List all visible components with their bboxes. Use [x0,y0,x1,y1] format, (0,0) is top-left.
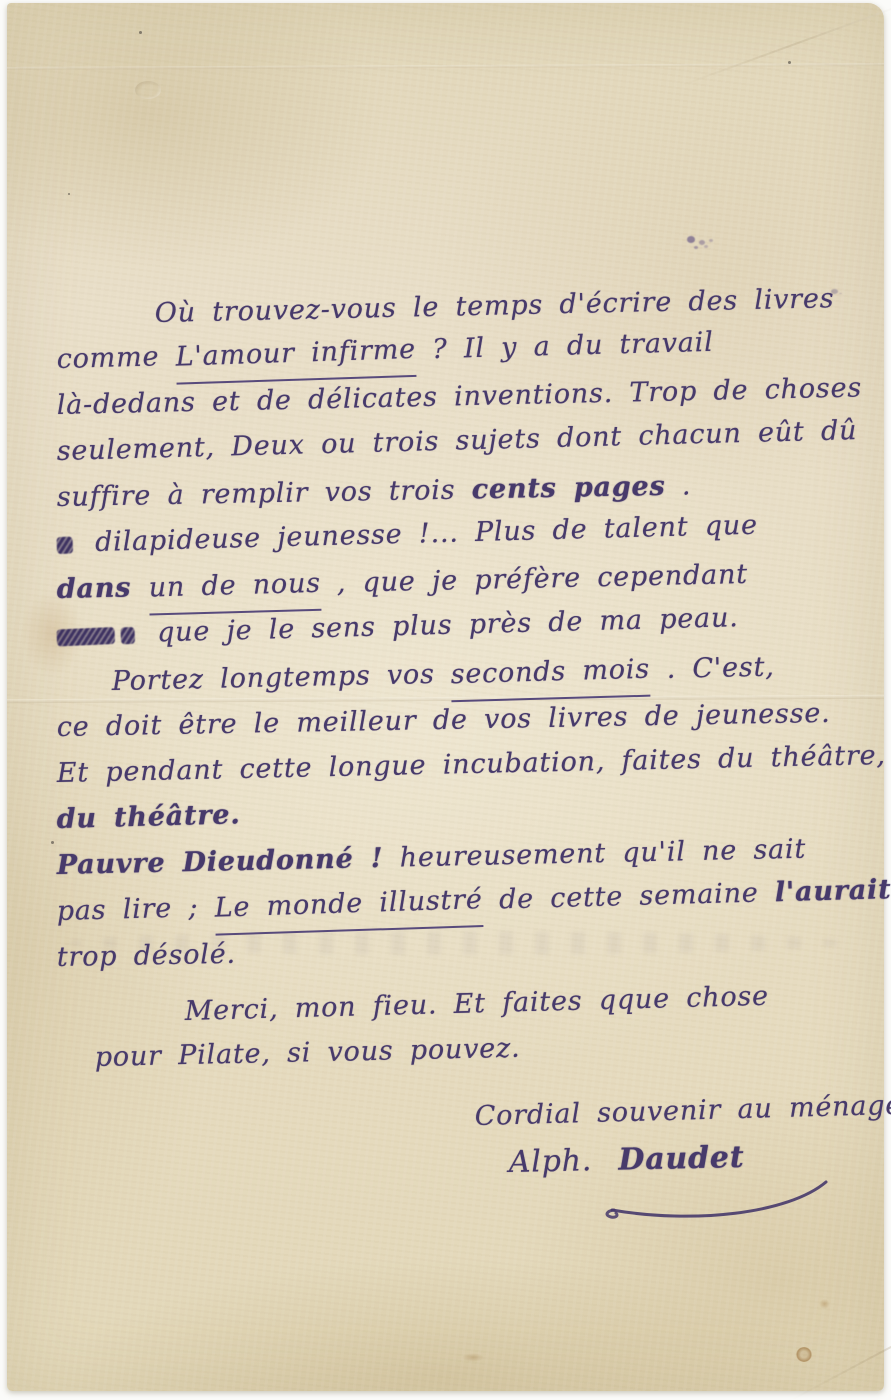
crossed-out-word [120,627,135,645]
text-segment: l'aurait [775,874,891,908]
text-segment: . [665,470,691,501]
text-segment: de cette semaine [482,877,775,916]
letter-line: Cordial souvenir au ménage [474,1084,863,1140]
text-segment: trop désolé. [57,939,237,973]
text-segment: cents pages [471,471,665,506]
text-segment: Merci, mon fieu. Et faites qque chose [184,981,769,1027]
text-segment: comme [56,341,176,375]
text-segment: du théâtre. [56,799,241,835]
text-segment: suffire à remplir vos trois [57,474,472,513]
text-segment: dans [56,572,148,605]
text-segment: . C'est, [650,652,775,686]
text-segment: , que je préfère cependant [320,559,748,599]
text-segment: Daudet [618,1140,745,1178]
underlined-phrase: Le monde illustré [214,877,484,936]
text-segment: Alph. [508,1143,618,1180]
crossed-out-word [56,627,115,647]
ink-smudge [687,236,695,243]
crossed-out-word [56,536,73,554]
letter-lines: Où trouvez-vous le temps d'écrire des li… [57,291,863,1186]
text-segment: Portez longtemps vos [111,659,451,697]
text-segment: dilapideuse jeunesse !... Plus de talent… [78,510,758,559]
paper-speck [788,61,791,64]
text-segment: ? Il y a du travail [415,327,713,366]
paper-speck [51,841,54,844]
paper-speck [68,193,70,195]
text-segment: heureusement qu'il ne sait [383,834,806,874]
text-segment: pour Pilate, si vous pouvez. [94,1033,520,1073]
signature-flourish [598,1178,836,1230]
scanned-letter-page: Où trouvez-vous le temps d'écrire des li… [0,0,891,1400]
text-segment: pas lire ; [56,892,215,927]
text-segment: que je le sens plus près de ma peau. [140,602,739,649]
paper-speck [139,31,142,34]
text-segment: Pauvre Dieudonné ! [56,843,383,881]
text-segment: Cordial souvenir au ménage [474,1090,891,1132]
